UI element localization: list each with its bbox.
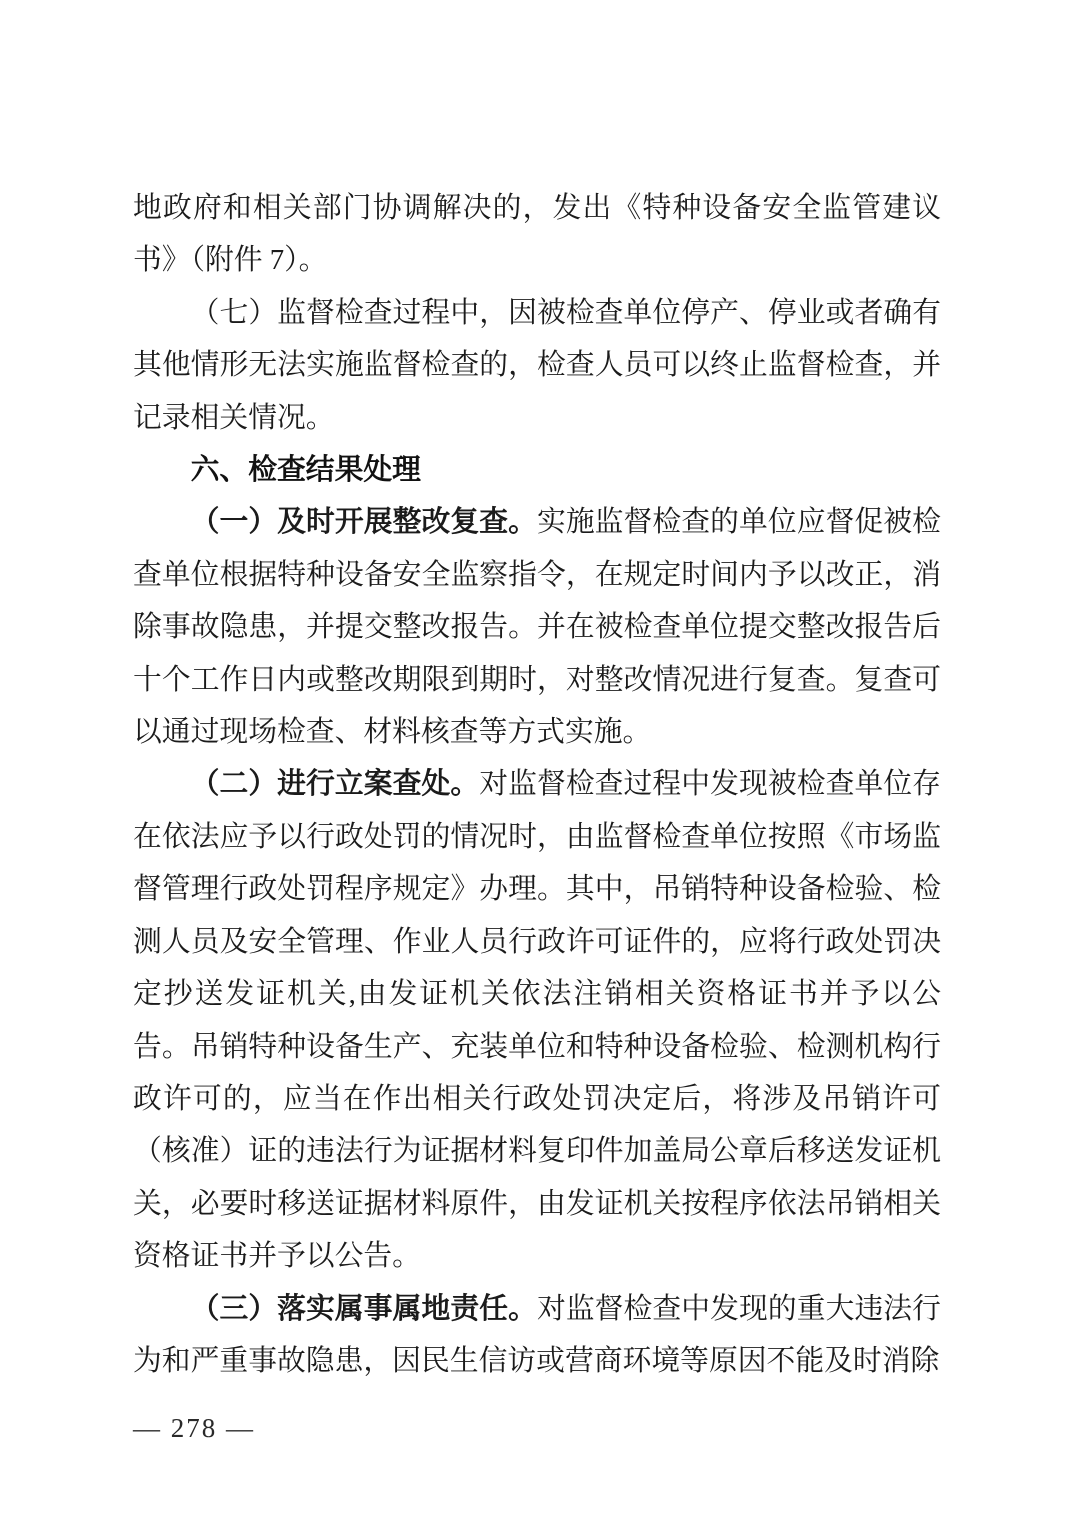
paragraph-text: 实施监督检查的单位应督促被检查单位根据特种设备安全监察指令，在规定时间内予以改正…: [133, 506, 941, 748]
section-heading: 六、检查结果处理: [133, 444, 941, 496]
paragraph-lead: （一）及时开展整改复查。: [191, 506, 537, 538]
paragraph-item-three: （三）落实属事属地责任。对监督检查中发现的重大违法行为和严重事故隐患，因民生信访…: [133, 1283, 941, 1388]
section-heading-text: 六、检查结果处理: [191, 454, 421, 486]
paragraph-lead: （二）进行立案查处。: [191, 768, 480, 800]
paragraph-continuation: 地政府和相关部门协调解决的，发出《特种设备安全监管建议书》（附件 7）。: [133, 182, 941, 287]
page-number: — 278 —: [133, 1413, 255, 1443]
paragraph-text: （七）监督检查过程中，因被检查单位停产、停业或者确有其他情形无法实施监督检查的，…: [133, 297, 941, 434]
paragraph-item-two: （二）进行立案查处。对监督检查过程中发现被检查单位存在依法应予以行政处罚的情况时…: [133, 758, 941, 1282]
paragraph-item-seven: （七）监督检查过程中，因被检查单位停产、停业或者确有其他情形无法实施监督检查的，…: [133, 287, 941, 444]
paragraph-text: 地政府和相关部门协调解决的，发出《特种设备安全监管建议书》（附件 7）。: [133, 192, 941, 276]
page-footer: — 278 —: [133, 1408, 255, 1448]
document-page: 地政府和相关部门协调解决的，发出《特种设备安全监管建议书》（附件 7）。 （七）…: [0, 0, 1074, 1520]
paragraph-text: 对监督检查过程中发现被检查单位存在依法应予以行政处罚的情况时，由监督检查单位按照…: [133, 768, 941, 1272]
paragraph-lead: （三）落实属事属地责任。: [191, 1293, 537, 1325]
document-body: 地政府和相关部门协调解决的，发出《特种设备安全监管建议书》（附件 7）。 （七）…: [133, 182, 941, 1387]
paragraph-item-one: （一）及时开展整改复查。实施监督检查的单位应督促被检查单位根据特种设备安全监察指…: [133, 496, 941, 758]
